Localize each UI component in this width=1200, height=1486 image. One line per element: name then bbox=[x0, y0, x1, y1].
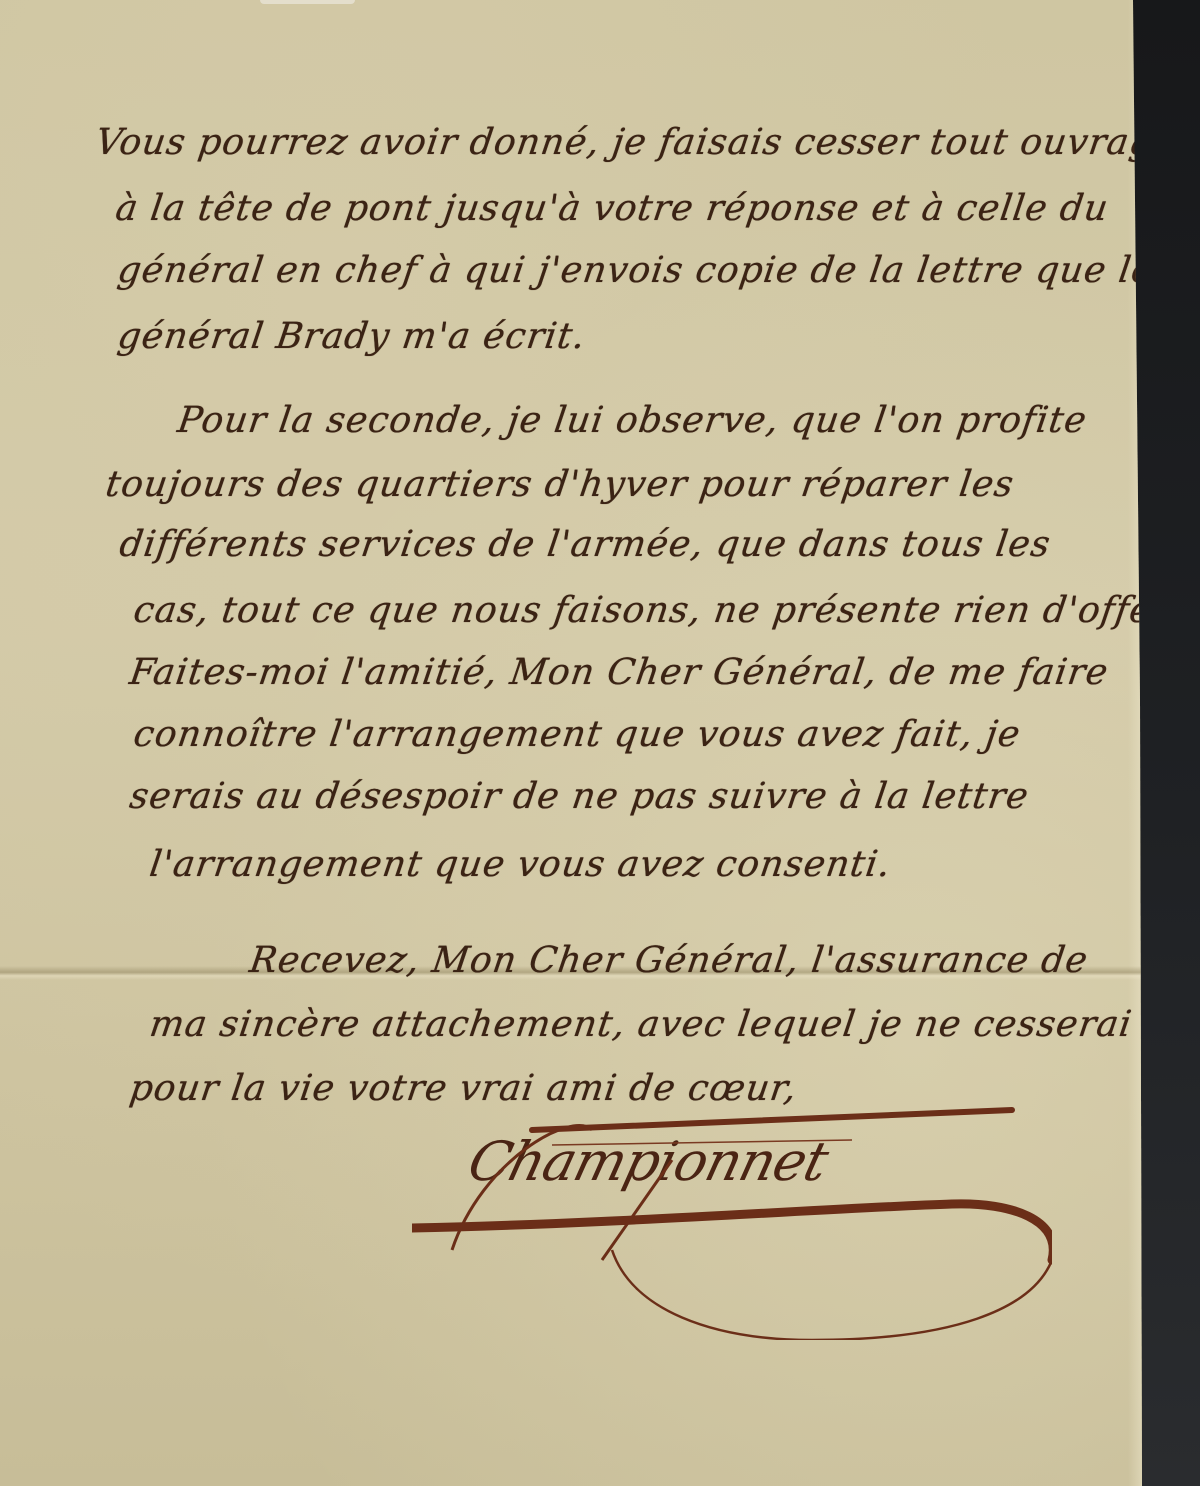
letter-line: Vous pourrez avoir donné, je faisais ces… bbox=[93, 122, 1179, 163]
letter-page: Vous pourrez avoir donné, je faisais ces… bbox=[0, 0, 1142, 1486]
letter-line: l'arrangement que vous avez consenti. bbox=[147, 844, 894, 885]
closing-line: Recevez, Mon Cher Général, l'assurance d… bbox=[247, 940, 1091, 981]
letter-line: Faites-moi l'amitié, Mon Cher Général, d… bbox=[127, 652, 1111, 693]
letter-line: général en chef à qui j'envois copie de … bbox=[115, 250, 1157, 291]
letter-line: Pour la seconde, je lui observe, que l'o… bbox=[175, 400, 1090, 441]
letter-line: différents services de l'armée, que dans… bbox=[117, 524, 1053, 565]
letter-line: à la tête de pont jusqu'à votre réponse … bbox=[113, 188, 1111, 229]
letter-line: connoître l'arrangement que vous avez fa… bbox=[131, 714, 1023, 755]
seal-remnant bbox=[260, 0, 355, 4]
letter-line: toujours des quartiers d'hyver pour répa… bbox=[103, 464, 1017, 505]
letter-line: cas, tout ce que nous faisons, ne présen… bbox=[131, 590, 1200, 631]
closing-line: ma sincère attachement, avec lequel je n… bbox=[147, 1004, 1200, 1045]
signature-flourish bbox=[412, 1100, 1052, 1340]
letter-line: serais au désespoir de ne pas suivre à l… bbox=[127, 776, 1031, 817]
letter-line: général Brady m'a écrit. bbox=[115, 316, 588, 357]
